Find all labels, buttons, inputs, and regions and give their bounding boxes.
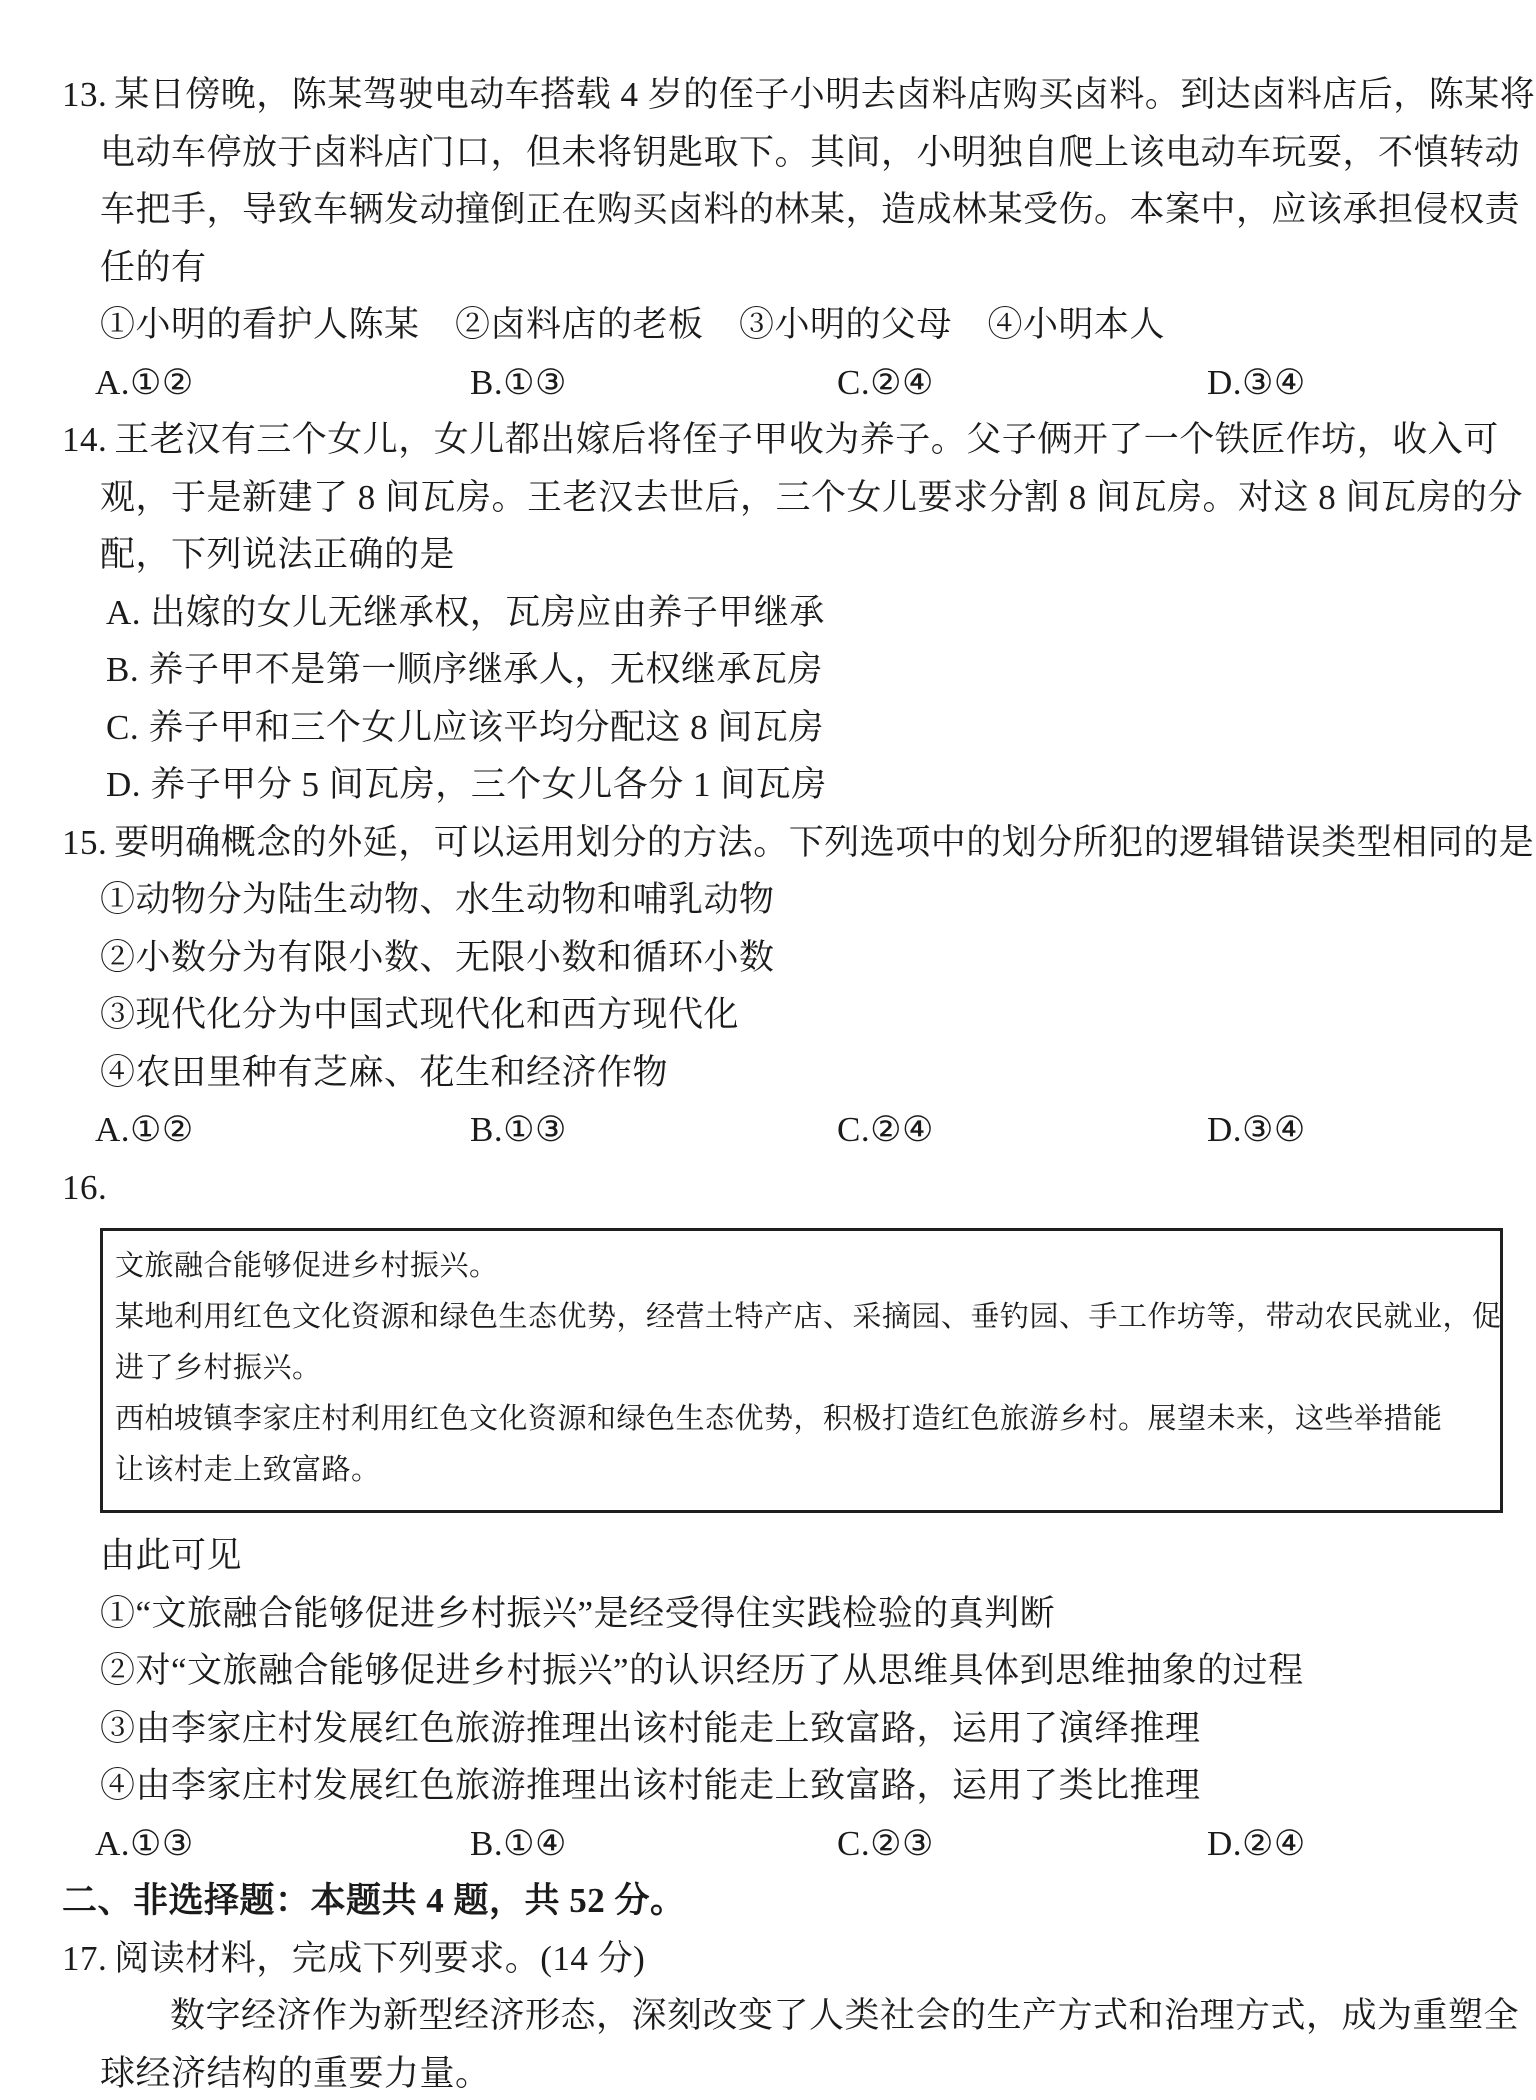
question-17: 17.阅读材料，完成下列要求。(14 分) 数字经济作为新型经济形态，深刻改变了…	[62, 1930, 1506, 2100]
question-15-line-1: 15.要明确概念的外延，可以运用划分的方法。下列选项中的划分所犯的逻辑错误类型相…	[62, 814, 1506, 872]
question-16-box-line-2: 某地利用红色文化资源和绿色生态优势，经营土特产店、采摘园、垂钓园、手工作坊等，带…	[115, 1292, 1488, 1343]
section-2-header: 二、非选择题：本题共 4 题，共 52 分。	[62, 1872, 1506, 1930]
question-16-material-box: 文旅融合能够促进乡村振兴。 某地利用红色文化资源和绿色生态优势，经营土特产店、采…	[100, 1228, 1503, 1513]
question-16-item-1: ①“文旅融合能够促进乡村振兴”是经受得住实践检验的真判断	[62, 1585, 1506, 1643]
question-15-choice-d: D.③④	[1207, 1101, 1306, 1159]
question-14-option-d: D. 养子甲分 5 间瓦房，三个女儿各分 1 间瓦房	[62, 756, 1506, 814]
question-15-item-2: ②小数分为有限小数、无限小数和循环小数	[62, 929, 1506, 987]
question-16-item-2: ②对“文旅融合能够促进乡村振兴”的认识经历了从思维具体到思维抽象的过程	[62, 1642, 1506, 1700]
question-17-line-1: 17.阅读材料，完成下列要求。(14 分)	[62, 1930, 1506, 1988]
question-16-conclusion: 由此可见	[62, 1527, 1506, 1585]
question-16-choice-d: D.②④	[1207, 1815, 1306, 1873]
question-15: 15.要明确概念的外延，可以运用划分的方法。下列选项中的划分所犯的逻辑错误类型相…	[62, 814, 1506, 1159]
question-14-number: 14.	[62, 420, 114, 459]
question-16-choice-c: C.②③	[837, 1815, 1207, 1873]
question-13-choice-a: A.①②	[95, 354, 470, 412]
question-15-choice-a: A.①②	[95, 1101, 470, 1159]
question-16-box-line-3: 进了乡村振兴。	[115, 1343, 1488, 1394]
question-14-line-1: 14.王老汉有三个女儿，女儿都出嫁后将侄子甲收为养子。父子俩开了一个铁匠作坊，收…	[62, 411, 1506, 469]
question-13-choice-d: D.③④	[1207, 354, 1306, 412]
question-13-line-1: 13.某日傍晚，陈某驾驶电动车搭载 4 岁的侄子小明去卤料店购买卤料。到达卤料店…	[62, 66, 1506, 124]
question-14: 14.王老汉有三个女儿，女儿都出嫁后将侄子甲收为养子。父子俩开了一个铁匠作坊，收…	[62, 411, 1506, 814]
question-13-number: 13.	[62, 75, 114, 114]
question-16-choices: A.①③ B.①④ C.②③ D.②④	[62, 1815, 1506, 1873]
question-13-choice-c: C.②④	[837, 354, 1207, 412]
question-15-choice-c: C.②④	[837, 1101, 1207, 1159]
question-16-box-line-1: 文旅融合能够促进乡村振兴。	[115, 1241, 1488, 1292]
question-14-option-c: C. 养子甲和三个女儿应该平均分配这 8 间瓦房	[62, 699, 1506, 757]
question-13-items: ①小明的看护人陈某 ②卤料店的老板 ③小明的父母 ④小明本人	[62, 296, 1506, 354]
exam-page: 13.某日傍晚，陈某驾驶电动车搭载 4 岁的侄子小明去卤料店购买卤料。到达卤料店…	[0, 0, 1536, 2100]
question-13-stem-1: 某日傍晚，陈某驾驶电动车搭载 4 岁的侄子小明去卤料店购买卤料。到达卤料店后，陈…	[114, 75, 1535, 114]
question-16-choice-b: B.①④	[470, 1815, 837, 1873]
question-16-box-line-5: 让该村走上致富路。	[115, 1445, 1488, 1496]
question-17-material-1: 数字经济作为新型经济形态，深刻改变了人类社会的生产方式和治理方式，成为重塑全	[62, 1987, 1506, 2045]
question-13-stem-3: 车把手，导致车辆发动撞倒正在购买卤料的林某，造成林某受伤。本案中，应该承担侵权责	[62, 181, 1506, 239]
question-14-stem-2: 观，于是新建了 8 间瓦房。王老汉去世后，三个女儿要求分割 8 间瓦房。对这 8…	[62, 469, 1506, 527]
question-15-stem: 要明确概念的外延，可以运用划分的方法。下列选项中的划分所犯的逻辑错误类型相同的是	[114, 823, 1534, 862]
question-14-option-b: B. 养子甲不是第一顺序继承人，无权继承瓦房	[62, 641, 1506, 699]
question-17-number: 17.	[62, 1939, 114, 1978]
question-15-item-3: ③现代化分为中国式现代化和西方现代化	[62, 986, 1506, 1044]
question-16-number: 16.	[62, 1159, 1506, 1217]
question-15-choice-b: B.①③	[470, 1101, 837, 1159]
question-16-choice-a: A.①③	[95, 1815, 470, 1873]
question-15-choices: A.①② B.①③ C.②④ D.③④	[62, 1101, 1506, 1159]
question-17-material-2: 球经济结构的重要力量。	[62, 2045, 1506, 2100]
question-13-stem-4: 任的有	[62, 239, 1506, 297]
question-15-item-1: ①动物分为陆生动物、水生动物和哺乳动物	[62, 871, 1506, 929]
question-14-stem-1: 王老汉有三个女儿，女儿都出嫁后将侄子甲收为养子。父子俩开了一个铁匠作坊，收入可	[114, 420, 1499, 459]
question-16: 16. 文旅融合能够促进乡村振兴。 某地利用红色文化资源和绿色生态优势，经营土特…	[62, 1159, 1506, 1873]
question-14-option-a: A. 出嫁的女儿无继承权，瓦房应由养子甲继承	[62, 584, 1506, 642]
question-13-choice-b: B.①③	[470, 354, 837, 412]
question-17-stem: 阅读材料，完成下列要求。(14 分)	[114, 1939, 645, 1978]
question-15-number: 15.	[62, 823, 114, 862]
question-14-stem-3: 配，下列说法正确的是	[62, 526, 1506, 584]
question-13-stem-2: 电动车停放于卤料店门口，但未将钥匙取下。其间，小明独自爬上该电动车玩耍，不慎转动	[62, 124, 1506, 182]
question-13-choices: A.①② B.①③ C.②④ D.③④	[62, 354, 1506, 412]
question-16-item-3: ③由李家庄村发展红色旅游推理出该村能走上致富路，运用了演绎推理	[62, 1700, 1506, 1758]
question-15-item-4: ④农田里种有芝麻、花生和经济作物	[62, 1044, 1506, 1102]
question-16-box-line-4: 西柏坡镇李家庄村利用红色文化资源和绿色生态优势，积极打造红色旅游乡村。展望未来，…	[115, 1394, 1488, 1445]
question-13: 13.某日傍晚，陈某驾驶电动车搭载 4 岁的侄子小明去卤料店购买卤料。到达卤料店…	[62, 66, 1506, 411]
question-16-item-4: ④由李家庄村发展红色旅游推理出该村能走上致富路，运用了类比推理	[62, 1757, 1506, 1815]
